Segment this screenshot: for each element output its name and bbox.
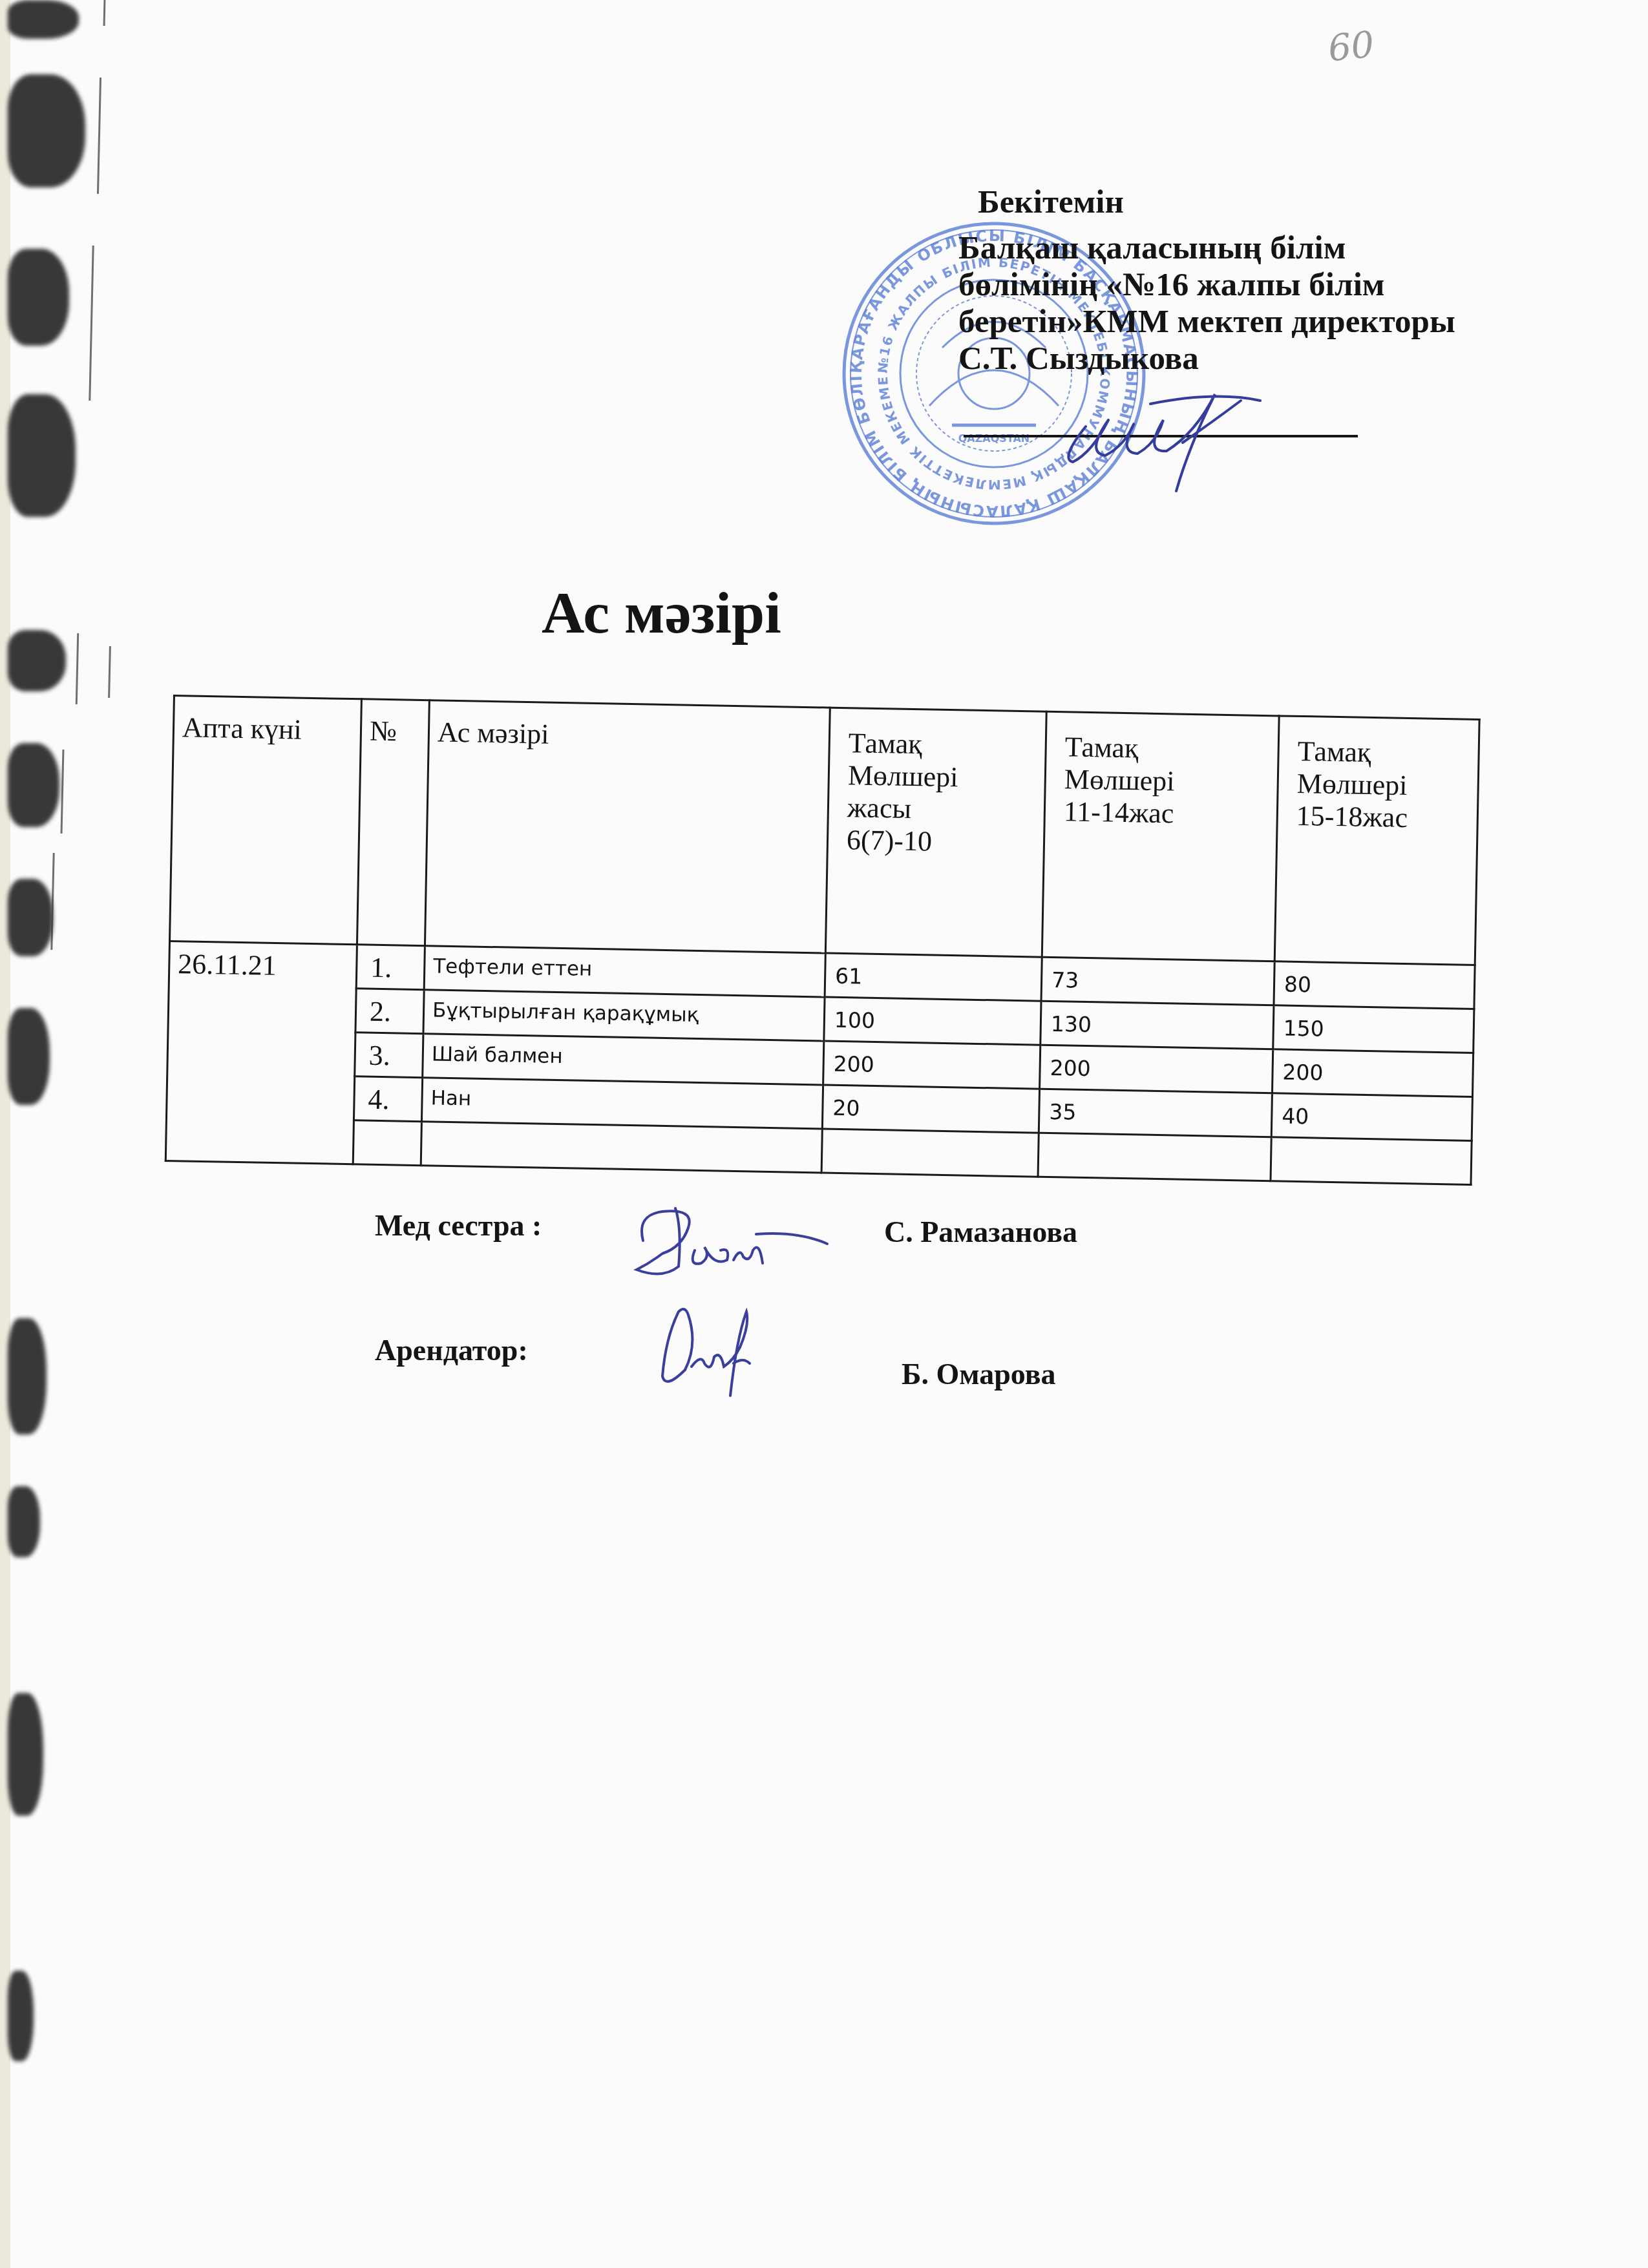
- director-signature: [1047, 381, 1318, 498]
- dish-name: Бұқтырылған қарақұмық: [423, 990, 825, 1041]
- dish-name: [421, 1122, 822, 1173]
- item-number: 2.: [355, 989, 424, 1034]
- portion-6-10: 200: [823, 1041, 1041, 1089]
- table-header-row: Апта күні № Ас мәзірі ТамақМөлшері жасы6…: [170, 696, 1480, 965]
- dish-name: Шай балмен: [423, 1034, 824, 1085]
- item-number: 3.: [355, 1033, 423, 1078]
- tenant-name: Б. Омарова: [902, 1357, 1056, 1391]
- approval-line: бөлімінің «№16 жалпы білім: [958, 267, 1455, 304]
- header-age-11-14: ТамақМөлшері 11-14жас: [1042, 711, 1279, 961]
- handwritten-page-number: 60: [1326, 23, 1377, 70]
- approval-heading: Бекітемін: [978, 184, 1455, 221]
- page-title: Ас мәзірі: [542, 578, 781, 647]
- dish-name: Нан: [421, 1078, 823, 1129]
- header-number: №: [357, 699, 429, 946]
- item-number: 4.: [354, 1076, 422, 1122]
- portion-15-18: 150: [1273, 1005, 1474, 1053]
- approval-block: Бекітемін Балқаш қаласының білім бөлімін…: [958, 184, 1455, 377]
- portion-11-14: 35: [1039, 1089, 1272, 1137]
- portion-11-14: [1038, 1133, 1271, 1181]
- portion-15-18: [1271, 1137, 1472, 1185]
- portion-15-18: 40: [1271, 1093, 1472, 1141]
- portion-6-10: 100: [824, 997, 1041, 1045]
- portion-11-14: 73: [1041, 957, 1274, 1005]
- portion-11-14: 200: [1040, 1045, 1273, 1093]
- tenant-label: Арендатор:: [375, 1333, 528, 1367]
- tenant-signature: [653, 1299, 801, 1409]
- menu-table: Апта күні № Ас мәзірі ТамақМөлшері жасы6…: [165, 695, 1481, 1186]
- svg-text:QAZAQSTAN: QAZAQSTAN: [958, 432, 1030, 445]
- nurse-name: С. Рамазанова: [884, 1215, 1077, 1249]
- header-day: Апта күні: [170, 696, 362, 945]
- portion-15-18: 80: [1274, 961, 1475, 1009]
- header-age-6-10: ТамақМөлшері жасы6(7)-10: [825, 708, 1046, 957]
- header-dish: Ас мәзірі: [425, 700, 830, 953]
- approval-line: Балқаш қаласының білім: [958, 230, 1455, 267]
- dish-name: Тефтели еттен: [424, 946, 825, 997]
- portion-11-14: 130: [1041, 1001, 1274, 1049]
- portion-6-10: [821, 1129, 1039, 1177]
- nurse-label: Мед сестра :: [375, 1208, 542, 1243]
- portion-6-10: 20: [822, 1085, 1039, 1133]
- item-number: 1.: [356, 945, 425, 990]
- item-number: [353, 1120, 421, 1166]
- director-name: С.Т. Сыздыкова: [958, 341, 1455, 377]
- portion-15-18: 200: [1272, 1049, 1473, 1097]
- scan-edge: [0, 0, 10, 2268]
- date-cell: 26.11.21: [165, 941, 357, 1164]
- nurse-signature: [624, 1202, 830, 1286]
- portion-6-10: 61: [825, 953, 1042, 1001]
- header-age-15-18: ТамақМөлшері 15-18жас: [1274, 716, 1479, 965]
- approval-line: беретін»КММ мектеп директоры: [958, 304, 1455, 341]
